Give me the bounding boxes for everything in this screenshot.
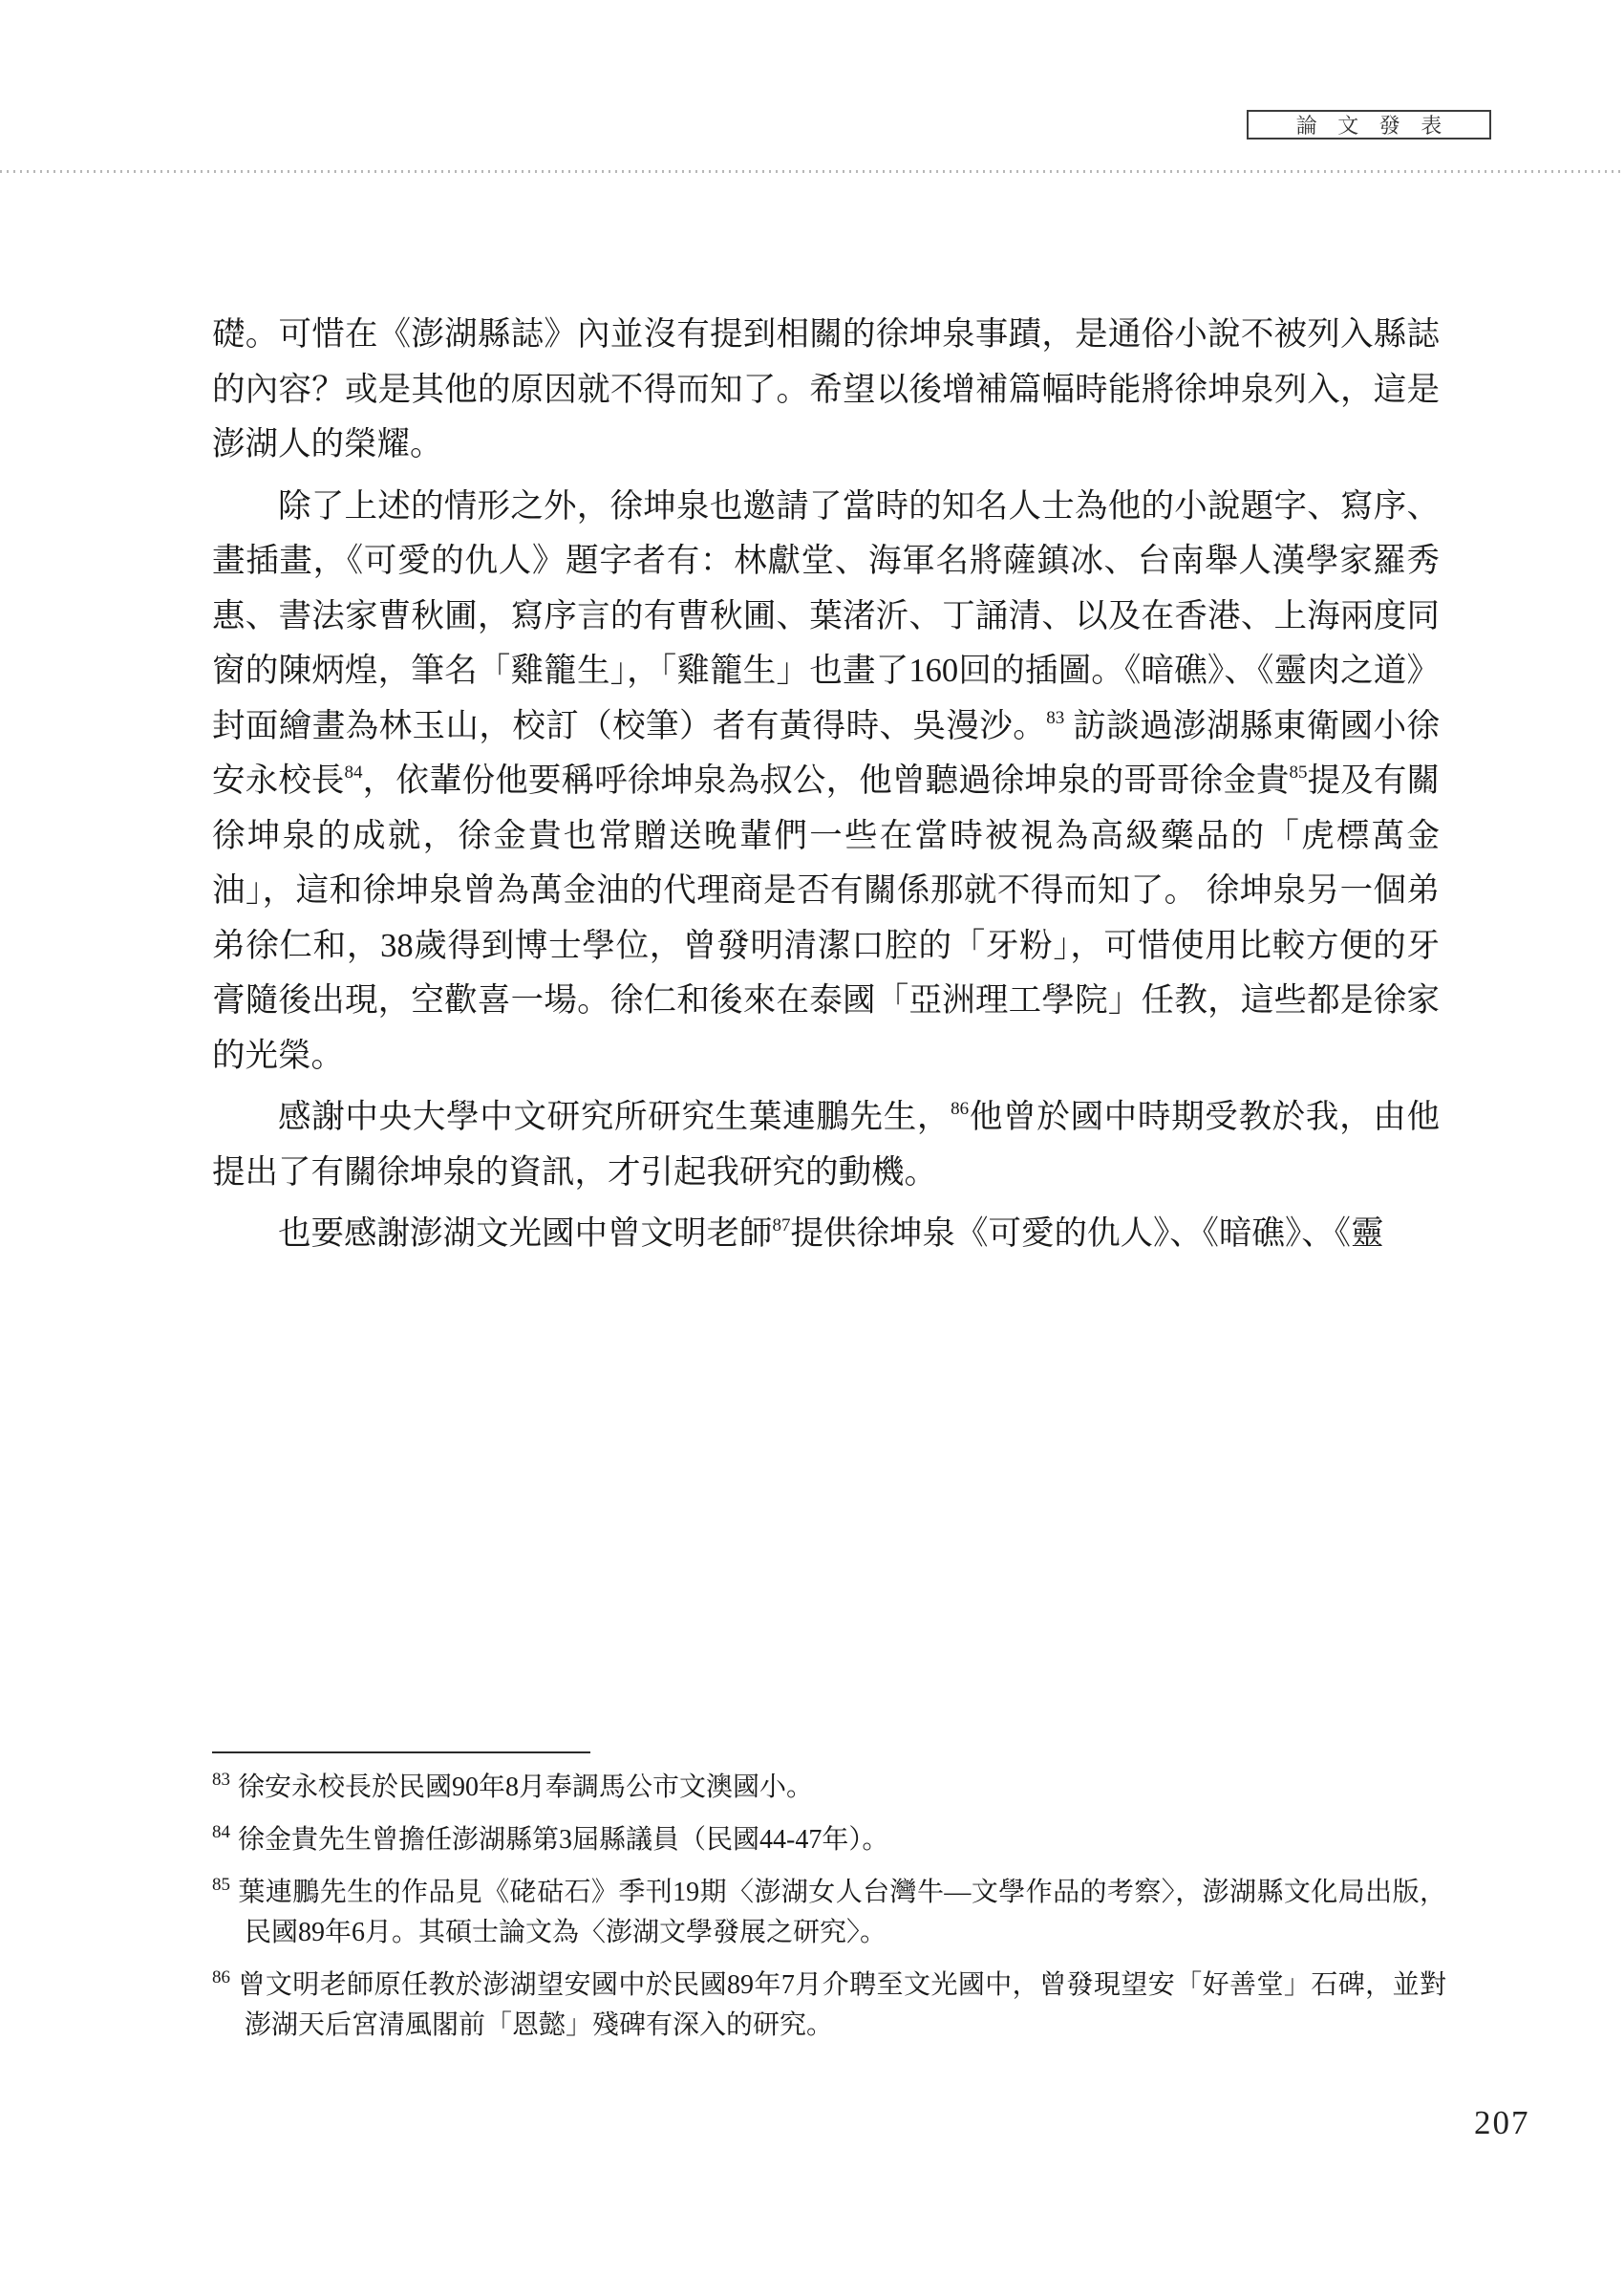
- footnote-separator-rule: [212, 1751, 590, 1753]
- footnote-item: 83徐安永校長於民國90年8月奉調馬公市文澳國小。: [212, 1768, 1446, 1808]
- footnote-number: 86: [212, 1967, 230, 1987]
- running-head-title: 論 文 發 表: [1289, 110, 1450, 140]
- footnote-item: 84徐金貴先生曾擔任澎湖縣第3屆縣議員（民國44-47年）。: [212, 1820, 1446, 1860]
- footnote-number: 83: [212, 1770, 230, 1790]
- footnote-number: 84: [212, 1822, 230, 1842]
- body-text: 礎。可惜在《澎湖縣誌》內並沒有提到相關的徐坤泉事蹟，是通俗小說不被列入縣誌的內容…: [212, 308, 1440, 1269]
- paragraph: 除了上述的情形之外，徐坤泉也邀請了當時的知名人士為他的小說題字、寫序、畫插畫，《…: [212, 480, 1440, 1085]
- paragraph: 也要感謝澎湖文光國中曾文明老師87提供徐坤泉《可愛的仇人》、《暗礁》、《靈: [212, 1207, 1440, 1262]
- footnotes: 83徐安永校長於民國90年8月奉調馬公市文澳國小。84徐金貴先生曾擔任澎湖縣第3…: [212, 1768, 1446, 2058]
- footnote-number: 85: [212, 1875, 230, 1895]
- paragraph: 感謝中央大學中文研究所研究生葉連鵬先生，86他曾於國中時期受教於我，由他提出了有…: [212, 1090, 1440, 1200]
- footnote-item: 85葉連鵬先生的作品見《硓𥑮石》季刊19期〈澎湖女人台灣牛—文學作品的考察〉，澎…: [212, 1873, 1446, 1953]
- running-head-box: 論 文 發 表: [1247, 110, 1491, 140]
- document-page: 論 文 發 表 礎。可惜在《澎湖縣誌》內並沒有提到相關的徐坤泉事蹟，是通俗小說不…: [0, 0, 1624, 2277]
- footnote-reference: 83: [1046, 708, 1064, 728]
- header-dotted-rule: [0, 170, 1624, 173]
- paragraph: 礎。可惜在《澎湖縣誌》內並沒有提到相關的徐坤泉事蹟，是通俗小說不被列入縣誌的內容…: [212, 308, 1440, 473]
- footnote-item: 86曾文明老師原任教於澎湖望安國中於民國89年7月介聘至文光國中，曾發現望安「好…: [212, 1966, 1446, 2046]
- page-number: 207: [1474, 2104, 1530, 2142]
- footnote-reference: 86: [951, 1099, 969, 1119]
- footnote-reference: 87: [773, 1215, 791, 1235]
- footnote-reference: 85: [1289, 763, 1307, 783]
- footnote-reference: 84: [345, 763, 363, 783]
